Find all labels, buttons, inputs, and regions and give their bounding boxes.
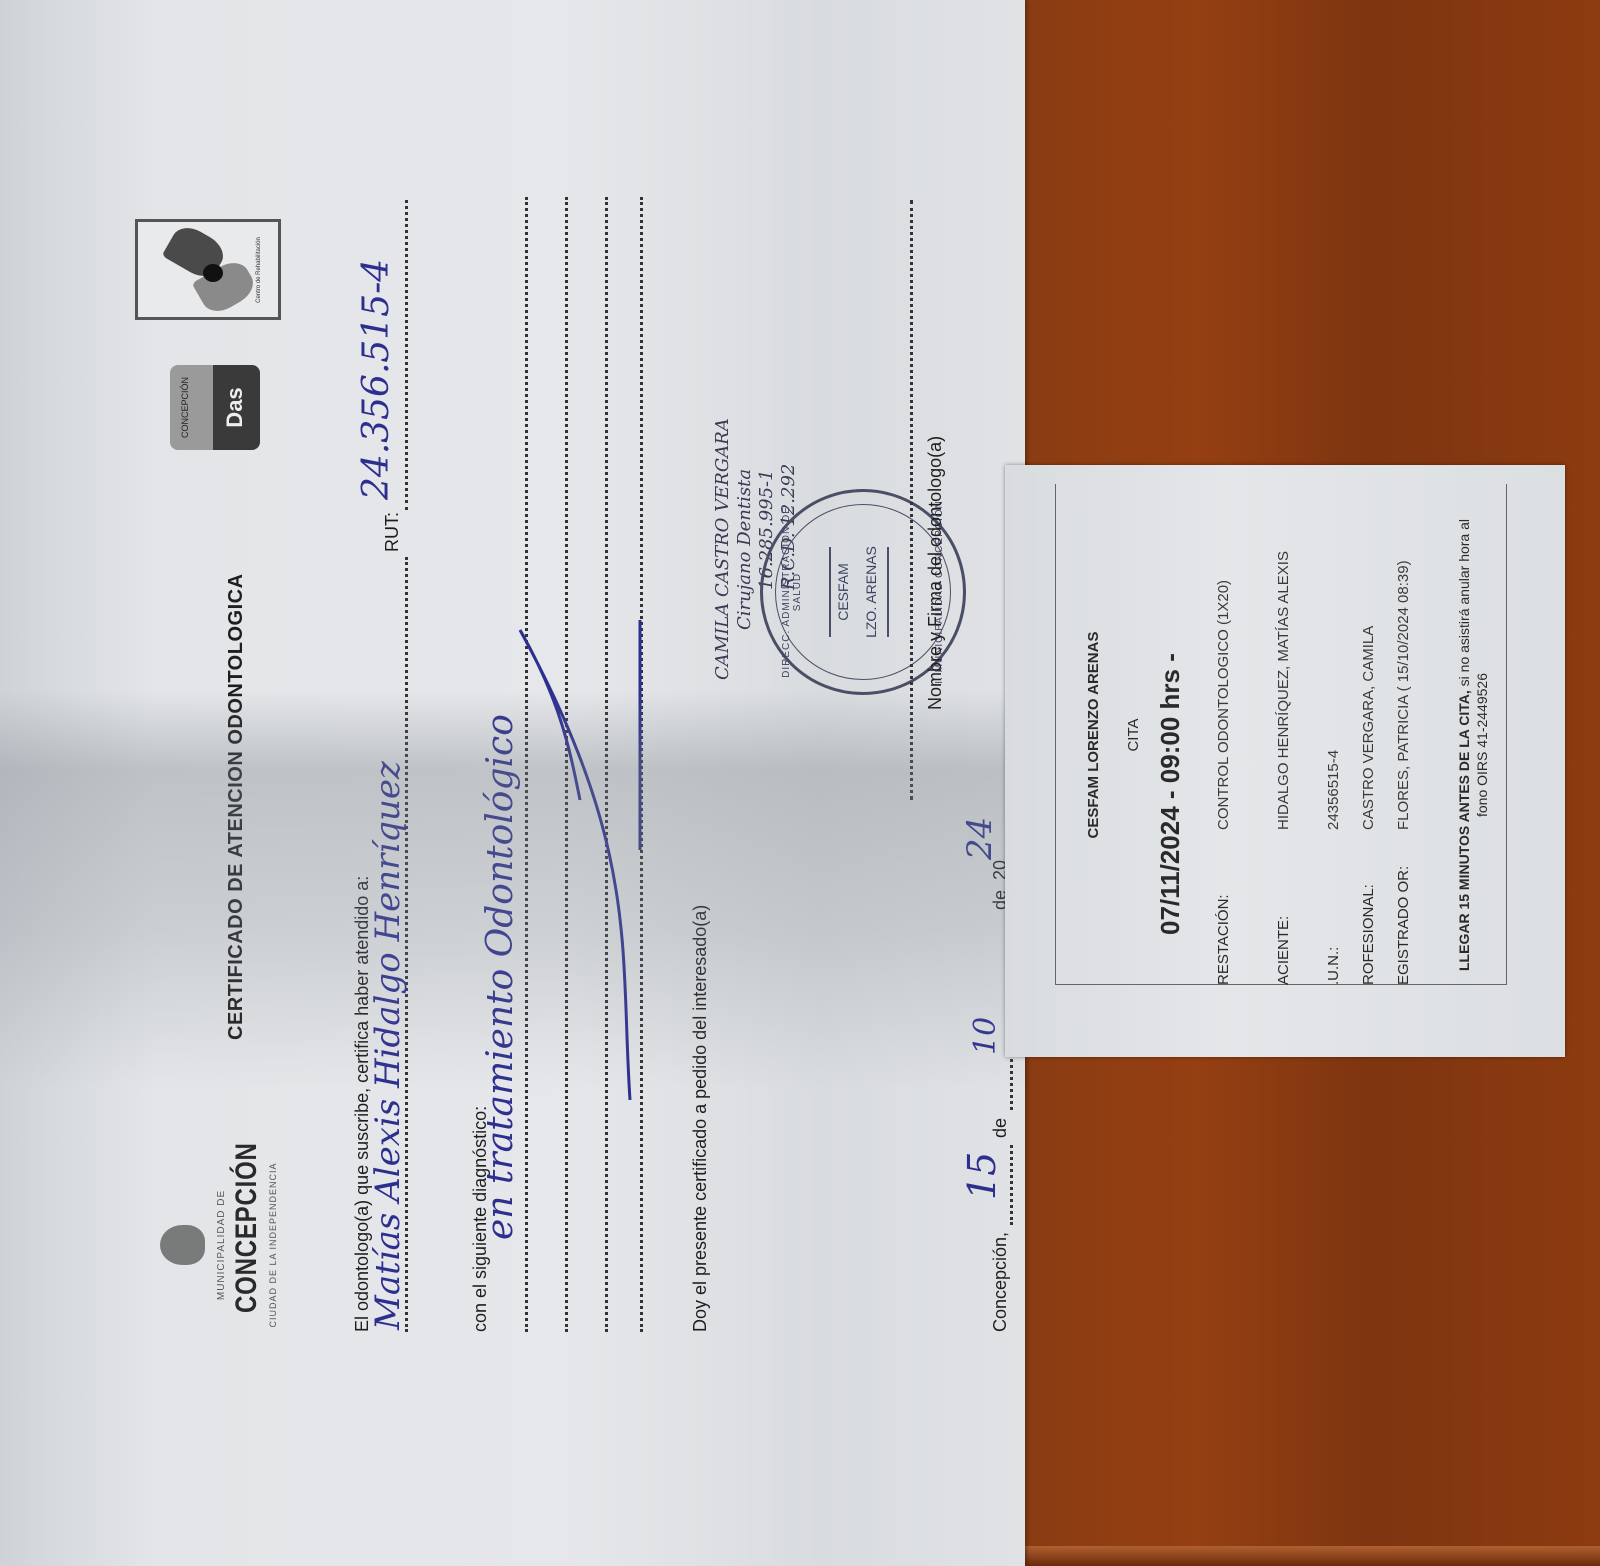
signer-name: CAMILA CASTRO VERGARA (712, 418, 733, 680)
crest-icon (160, 1225, 205, 1265)
municipality-name: CONCEPCIÓN (230, 1177, 264, 1313)
family-icon (203, 264, 223, 282)
hands-logo-caption: Centro de Rehabilitación (256, 225, 262, 315)
day-handwritten: 15 (960, 1152, 1004, 1200)
slip-subheader: CITA (1125, 485, 1142, 985)
field-label: .U.N.: (1325, 835, 1342, 985)
das-logo-top: CONCEPCIÓN (180, 365, 190, 450)
issue-statement: Doy el presente certificado a pedido del… (690, 905, 711, 1332)
field-label: ACIENTE: (1275, 835, 1292, 985)
signature-line (910, 200, 913, 800)
rut-line (405, 200, 408, 510)
slip-header: CESFAM LORENZO ARENAS (1085, 485, 1102, 985)
rut-handwritten: 24.356.515-4 (356, 259, 397, 500)
day-line (1010, 1145, 1013, 1225)
appointment-datetime: 07/11/2024 - 09:00 hrs - (1155, 415, 1186, 985)
seal-bar (887, 547, 889, 637)
signer-role: Cirujano Dentista (734, 469, 755, 630)
field-label: EGISTRADO OR: (1395, 835, 1412, 985)
certificate-content: MUNICIPALIDAD DE CONCEPCIÓN CIUDAD DE LA… (120, 80, 1020, 1400)
hands-family-logo: Centro de Rehabilitación (135, 219, 281, 320)
table-edge (1025, 1546, 1600, 1566)
field-value: CONTROL ODONTOLOGICO (1X20) (1215, 530, 1233, 830)
date-city: Concepción, (990, 1232, 1011, 1332)
field-value: 24356515-4 (1325, 530, 1343, 830)
year-handwritten: 24 (960, 817, 1000, 860)
date-de-1: de (990, 1118, 1011, 1138)
field-value: HIDALGO HENRÍQUEZ, MATÍAS ALEXIS (1275, 530, 1293, 830)
field-label: ROFESIONAL: (1360, 835, 1377, 985)
municipality-tagline: CIUDAD DE LA INDEPENDENCIA (268, 1160, 278, 1330)
signature-caption: Nombre y Firma del odontologo(a) (925, 436, 946, 710)
das-logo: CONCEPCIÓN Das (170, 365, 260, 450)
seal-bar (829, 547, 831, 637)
field-label: RESTACIÓN: (1215, 835, 1232, 985)
appointment-slip-content: CESFAM LORENZO ARENAS CITA 07/11/2024 - … (1035, 465, 1515, 985)
field-value: FLORES, PATRICIA ( 15/10/2024 08:39) (1395, 530, 1413, 830)
rut-label: RUT: (382, 512, 403, 552)
das-logo-main: Das (222, 365, 248, 450)
municipality-logo: MUNICIPALIDAD DE CONCEPCIÓN CIUDAD DE LA… (160, 1150, 290, 1330)
appointment-note: LLEGAR 15 MINUTOS ANTES DE LA CITA, si n… (1455, 505, 1491, 985)
certificate-sheet: MUNICIPALIDAD DE CONCEPCIÓN CIUDAD DE LA… (0, 0, 1025, 1566)
seal-line-2: LZO. ARENAS (863, 492, 879, 692)
patient-name-handwritten: Matías Alexis Hidalgo Henríquez (368, 761, 408, 1330)
note-bold: LLEGAR 15 MINUTOS ANTES DE LA CITA, (1456, 690, 1472, 971)
appointment-slip: CESFAM LORENZO ARENAS CITA 07/11/2024 - … (1005, 465, 1565, 1057)
strike-through-scribble (500, 600, 650, 1100)
seal-line-1: CESFAM (835, 492, 851, 692)
certificate-title: CERTIFICADO DE ATENCION ODONTOLOGICA (225, 573, 248, 1040)
municipality-small-label: MUNICIPALIDAD DE (216, 1160, 227, 1330)
month-handwritten: 10 (968, 1017, 1003, 1055)
field-value: CASTRO VERGARA, CAMILA (1360, 530, 1378, 830)
seal-outer-top: DIRECC. ADMINISTRACION DE SALUD (781, 492, 803, 692)
